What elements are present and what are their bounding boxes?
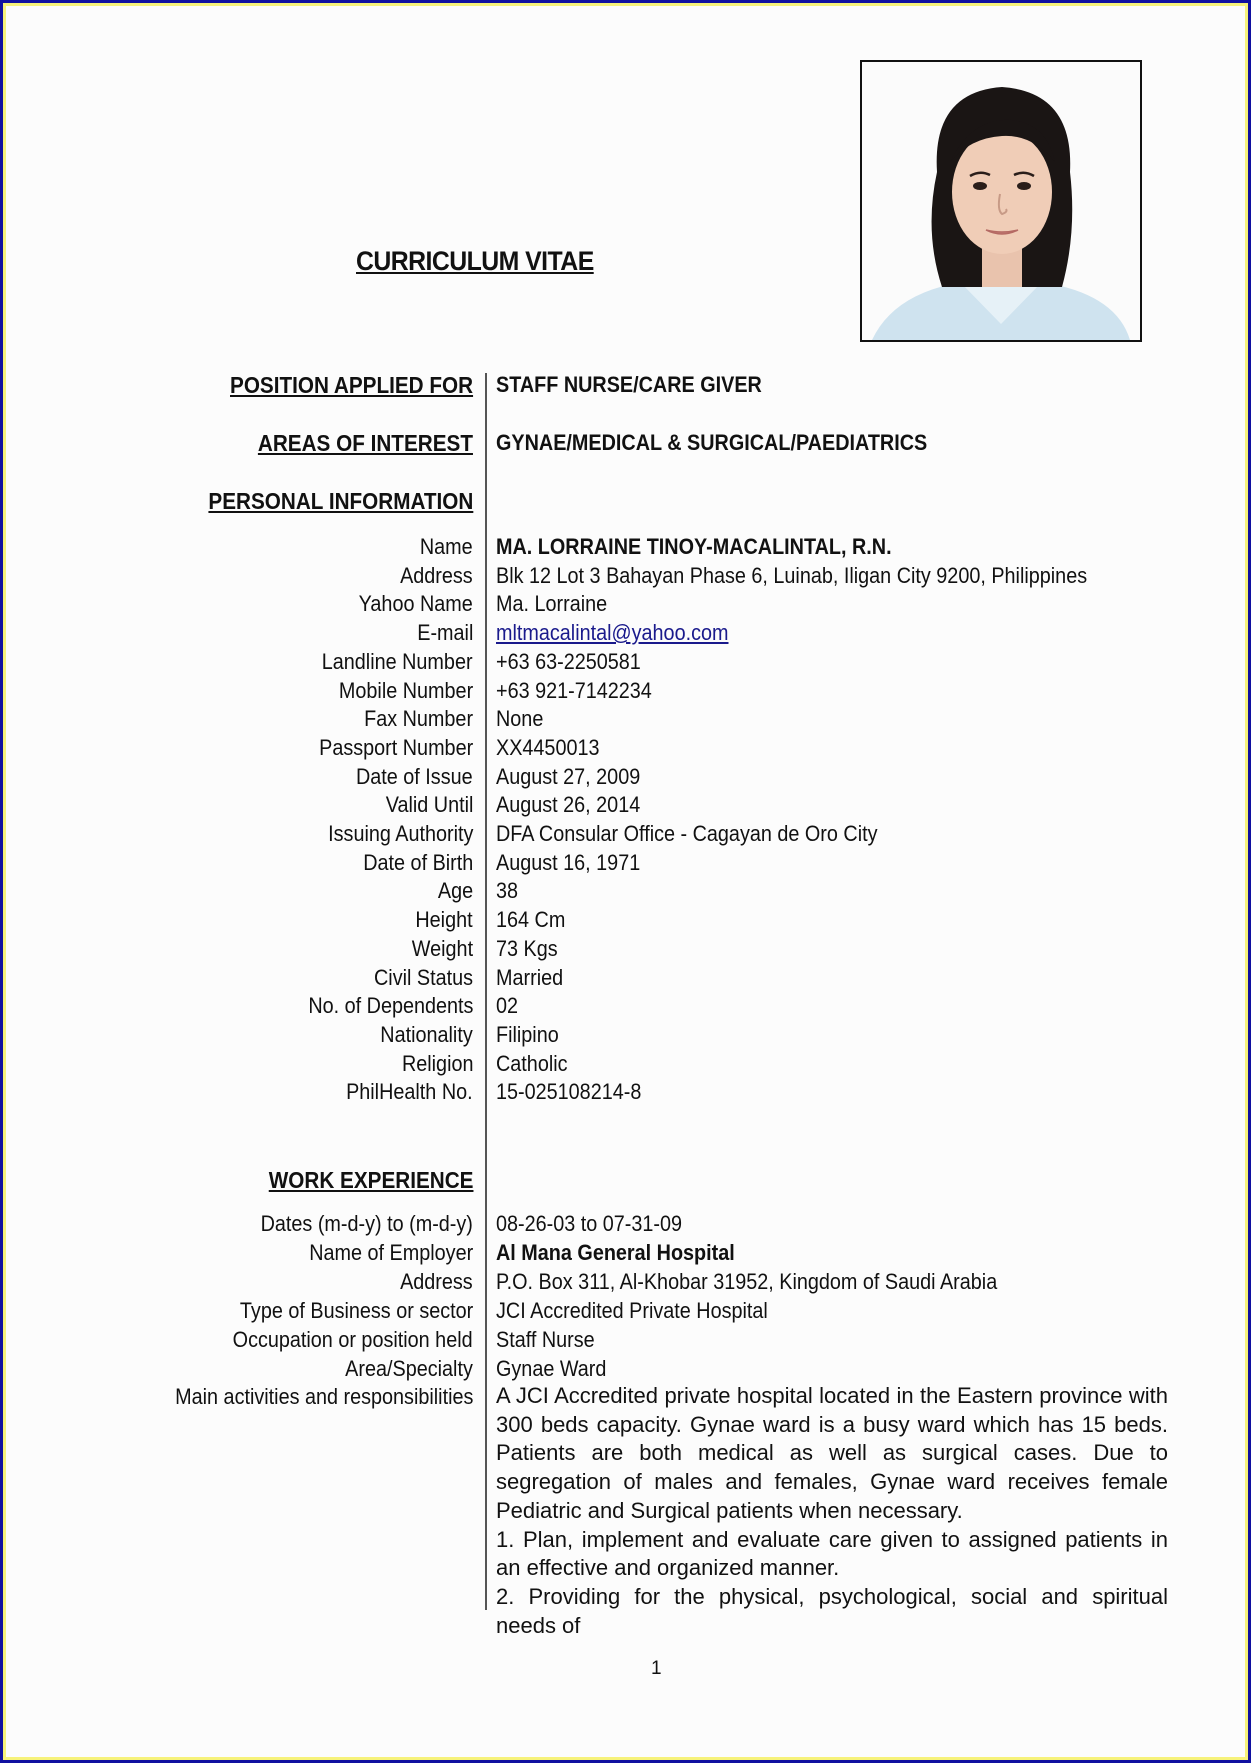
areas-of-interest-value: GYNAE/MEDICAL & SURGICAL/PAEDIATRICS — [496, 428, 927, 458]
responsibilities-text: A JCI Accredited private hospital locate… — [496, 1382, 1168, 1640]
field-label: Name — [420, 532, 473, 562]
position-applied-value: STAFF NURSE/CARE GIVER — [496, 370, 762, 400]
work-experience-heading: WORK EXPERIENCE — [268, 1165, 473, 1195]
field-value: Al Mana General Hospital — [496, 1238, 735, 1268]
field-label: Address — [400, 561, 473, 591]
field-label: Occupation or position held — [233, 1325, 473, 1355]
field-label: Fax Number — [364, 704, 473, 734]
field-value: 73 Kgs — [496, 934, 558, 964]
personal-info-heading-row: PERSONAL INFORMATION — [0, 486, 1251, 516]
field-label: E-mail — [417, 618, 473, 648]
list-item: Landline Number+63 63-2250581 — [0, 647, 1251, 677]
field-label: Date of Issue — [356, 762, 473, 792]
field-label: Passport Number — [319, 733, 473, 763]
list-item: Mobile Number+63 921-7142234 — [0, 676, 1251, 706]
field-label: Dates (m-d-y) to (m-d-y) — [261, 1209, 473, 1239]
list-item: PhilHealth No.15-025108214-8 — [0, 1077, 1251, 1107]
field-value: +63 63-2250581 — [496, 647, 641, 677]
field-value: 38 — [496, 876, 518, 906]
list-item: Occupation or position heldStaff Nurse — [0, 1325, 1251, 1355]
field-value: Gynae Ward — [496, 1354, 606, 1384]
responsibilities-item: 1. Plan, implement and evaluate care giv… — [496, 1526, 1168, 1583]
field-value: August 16, 1971 — [496, 848, 640, 878]
field-value: Filipino — [496, 1020, 559, 1050]
list-item: NationalityFilipino — [0, 1020, 1251, 1050]
field-value: JCI Accredited Private Hospital — [496, 1296, 768, 1326]
portrait-image-icon — [862, 62, 1140, 340]
field-value: DFA Consular Office - Cagayan de Oro Cit… — [496, 819, 878, 849]
field-label: Age — [438, 876, 473, 906]
field-value: Married — [496, 963, 563, 993]
position-applied-label: POSITION APPLIED FOR — [230, 370, 473, 400]
list-item: Fax NumberNone — [0, 704, 1251, 734]
list-item: Valid UntilAugust 26, 2014 — [0, 790, 1251, 820]
list-item: Height164 Cm — [0, 905, 1251, 935]
list-item: Area/SpecialtyGynae Ward — [0, 1354, 1251, 1384]
work-experience-heading-row: WORK EXPERIENCE — [0, 1165, 1251, 1195]
list-item: E-mailmltmacalintal@yahoo.com — [0, 618, 1251, 648]
list-item: Weight73 Kgs — [0, 934, 1251, 964]
page-number: 1 — [651, 1658, 662, 1680]
field-label: Mobile Number — [339, 676, 473, 706]
list-item: Name of EmployerAl Mana General Hospital — [0, 1238, 1251, 1268]
field-label: Type of Business or sector — [240, 1296, 473, 1326]
field-label: Area/Specialty — [345, 1354, 473, 1384]
responsibilities-paragraph: A JCI Accredited private hospital locate… — [496, 1382, 1168, 1526]
list-item: Yahoo NameMa. Lorraine — [0, 589, 1251, 619]
field-value: 164 Cm — [496, 905, 565, 935]
field-label: Valid Until — [385, 790, 473, 820]
applicant-photo — [860, 60, 1142, 342]
field-label: Nationality — [381, 1020, 473, 1050]
field-label: Main activities and responsibilities — [175, 1382, 473, 1412]
field-value: 15-025108214-8 — [496, 1077, 641, 1107]
list-item: ReligionCatholic — [0, 1049, 1251, 1079]
field-label: Date of Birth — [363, 848, 473, 878]
list-item: Age38 — [0, 876, 1251, 906]
areas-of-interest-label: AREAS OF INTEREST — [258, 428, 473, 458]
list-item: Type of Business or sectorJCI Accredited… — [0, 1296, 1251, 1326]
field-value: XX4450013 — [496, 733, 600, 763]
field-value: None — [496, 704, 543, 734]
field-label: Name of Employer — [309, 1238, 473, 1268]
responsibilities-item: 2. Providing for the physical, psycholog… — [496, 1583, 1168, 1640]
field-value: Staff Nurse — [496, 1325, 595, 1355]
field-value: August 26, 2014 — [496, 790, 640, 820]
field-label: PhilHealth No. — [346, 1077, 473, 1107]
list-item: Dates (m-d-y) to (m-d-y)08-26-03 to 07-3… — [0, 1209, 1251, 1239]
field-label: Issuing Authority — [328, 819, 473, 849]
list-item: Passport NumberXX4450013 — [0, 733, 1251, 763]
email-link[interactable]: mltmacalintal@yahoo.com — [496, 618, 728, 648]
list-item: AddressP.O. Box 311, Al-Khobar 31952, Ki… — [0, 1267, 1251, 1297]
field-label: Landline Number — [322, 647, 473, 677]
list-item: Issuing AuthorityDFA Consular Office - C… — [0, 819, 1251, 849]
field-value: Blk 12 Lot 3 Bahayan Phase 6, Luinab, Il… — [496, 561, 1087, 591]
areas-of-interest-row: AREAS OF INTEREST GYNAE/MEDICAL & SURGIC… — [0, 428, 1251, 458]
document-title: CURRICULUM VITAE — [356, 246, 594, 277]
field-value: Catholic — [496, 1049, 568, 1079]
field-label: Religion — [401, 1049, 473, 1079]
field-value: MA. LORRAINE TINOY-MACALINTAL, R.N. — [496, 532, 892, 562]
list-item: Date of IssueAugust 27, 2009 — [0, 762, 1251, 792]
field-value: 02 — [496, 991, 518, 1021]
field-label: Civil Status — [374, 963, 473, 993]
field-value: August 27, 2009 — [496, 762, 640, 792]
position-applied-row: POSITION APPLIED FOR STAFF NURSE/CARE GI… — [0, 370, 1251, 400]
list-item: AddressBlk 12 Lot 3 Bahayan Phase 6, Lui… — [0, 561, 1251, 591]
field-label: Yahoo Name — [359, 589, 473, 619]
field-value: Ma. Lorraine — [496, 589, 607, 619]
list-item: NameMA. LORRAINE TINOY-MACALINTAL, R.N. — [0, 532, 1251, 562]
field-label: Weight — [412, 934, 473, 964]
personal-info-heading: PERSONAL INFORMATION — [208, 486, 473, 516]
field-value: +63 921-7142234 — [496, 676, 652, 706]
field-value: P.O. Box 311, Al-Khobar 31952, Kingdom o… — [496, 1267, 997, 1297]
list-item: Date of BirthAugust 16, 1971 — [0, 848, 1251, 878]
field-label: No. of Dependents — [308, 991, 473, 1021]
field-label: Address — [400, 1267, 473, 1297]
list-item: No. of Dependents02 — [0, 991, 1251, 1021]
field-value: 08-26-03 to 07-31-09 — [496, 1209, 682, 1239]
field-label: Height — [416, 905, 473, 935]
list-item: Civil StatusMarried — [0, 963, 1251, 993]
